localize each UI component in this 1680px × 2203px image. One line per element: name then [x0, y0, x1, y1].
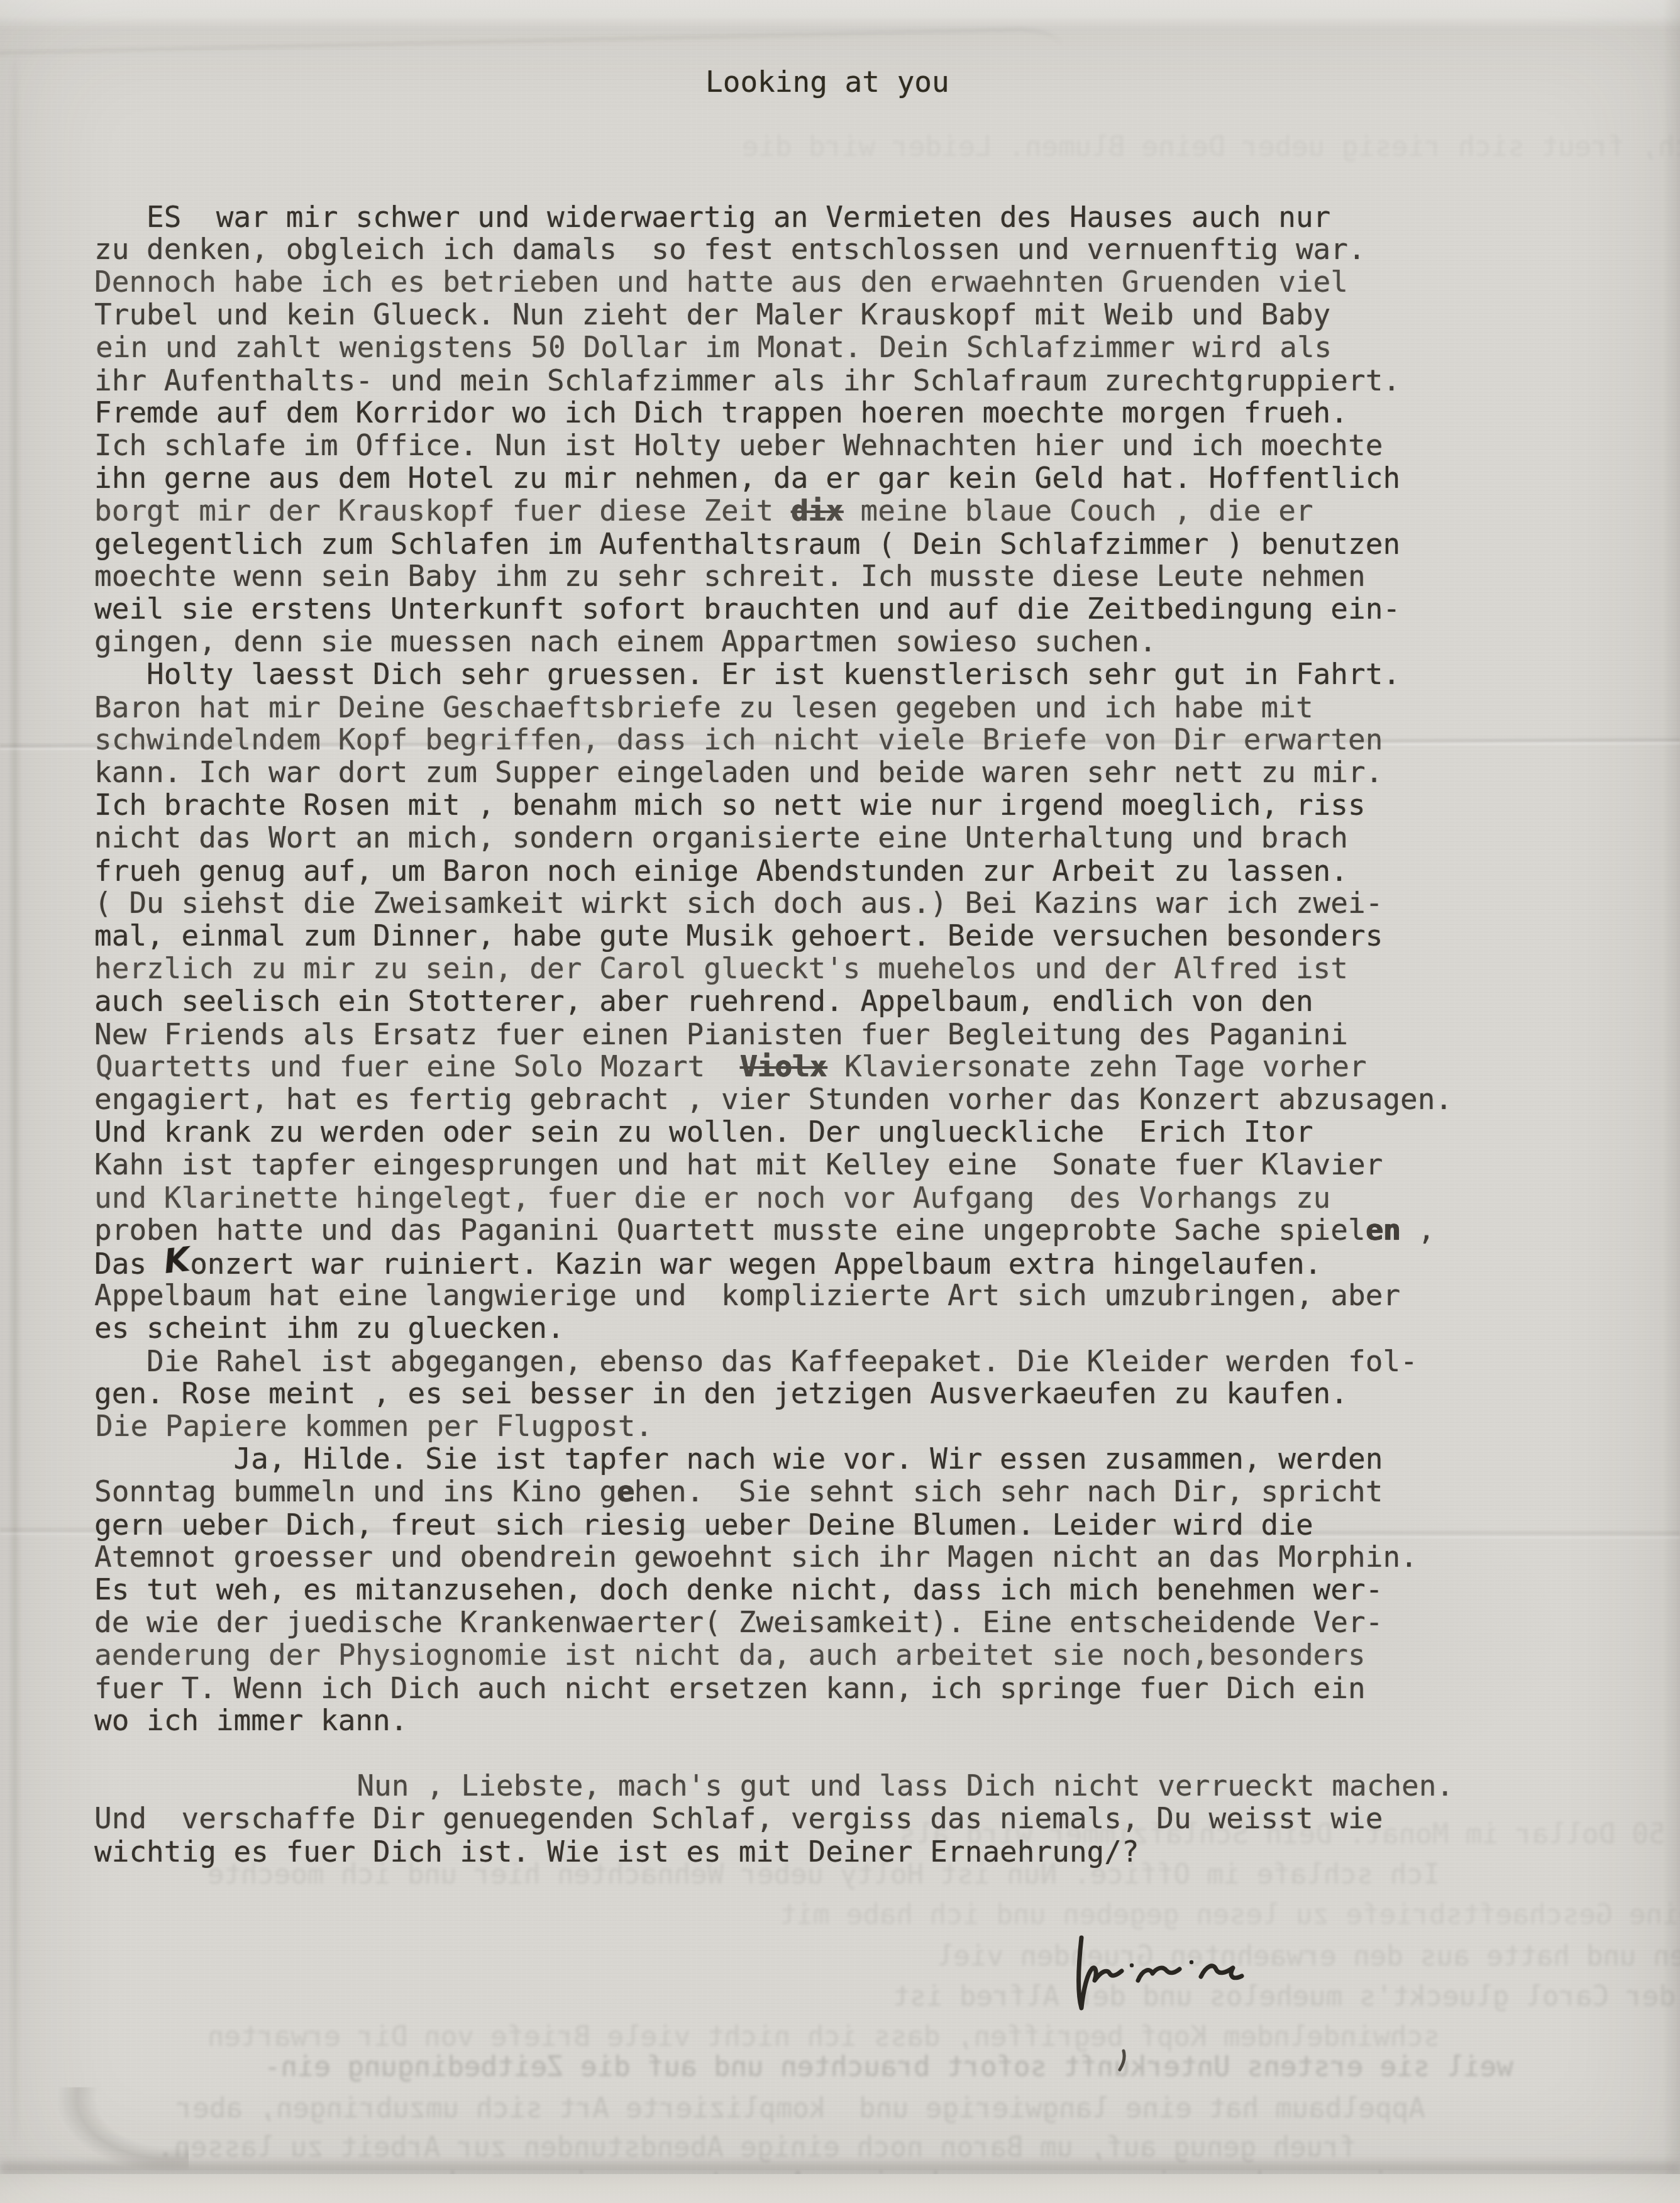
letter-line: fuer T. Wenn ich Dich auch nicht ersetze… [94, 1672, 1616, 1704]
paper-corner-bottom-left [0, 2087, 189, 2200]
closing-line: Looking at you [0, 65, 1680, 98]
bleed-through-text: Baron hat mir Deine Geschaeftsbriefe zu … [780, 1899, 1680, 1931]
letter-line: moechte wenn sein Baby ihm zu sehr schre… [94, 560, 1616, 592]
letter-line: gelegentlich zum Schlafen im Aufenthalts… [94, 527, 1616, 560]
bleed-through-text: weil sie erstens Unterkunft sofort brauc… [264, 2051, 1513, 2083]
letter-line: Sonntag bummeln und ins Kino gehen. Sie … [94, 1475, 1616, 1508]
letter-line: gen. Rose meint , es sei besser in den j… [94, 1377, 1616, 1410]
overstrike-segment: e [617, 1474, 634, 1508]
letter-line: auch seelisch ein Stotterer, aber ruehre… [94, 985, 1616, 1017]
signature-icon [1063, 1930, 1257, 2031]
letter-scan: gern ueber Dich, freut sich riesig ueber… [0, 0, 1680, 2203]
signature-scrawl [1063, 1930, 1257, 2033]
letter-line: Baron hat mir Deine Geschaeftsbriefe zu … [94, 691, 1616, 724]
bleed-through-text: frueh genug auf, um Baron noch einige Ab… [157, 2131, 1356, 2163]
letter-line: Die Rahel ist abgegangen, ebenso das Kaf… [94, 1345, 1616, 1378]
letter-line: engagiert, hat es fertig gebracht , vier… [94, 1083, 1616, 1115]
letter-line: Nun , Liebste, mach's gut und lass Dich … [96, 1769, 1617, 1802]
paper-edge-top [0, 0, 1680, 29]
paper-edge-right [1662, 0, 1680, 2203]
letter-line: Ich brachte Rosen mit , benahm mich so n… [94, 788, 1616, 821]
letter-body: ES war mir schwer und widerwaertig an Ve… [94, 200, 1616, 1867]
paper-edge-left [13, 57, 17, 2144]
letter-line: ihn gerne aus dem Hotel zu mir nehmen, d… [94, 461, 1616, 494]
letter-line: Die Papiere kommen per Flugpost. [96, 1410, 1617, 1442]
letter-line: nicht das Wort an mich, sondern organisi… [94, 821, 1616, 854]
bleed-through-text: Dennoch habe ich es betrieben und hatte … [937, 1940, 1680, 1972]
letter-line: Ja, Hilde. Sie ist tapfer nach wie vor. … [94, 1442, 1616, 1475]
pen-mark [1115, 2048, 1130, 2076]
letter-line: Atemnot groesser und obendrein gewoehnt … [94, 1540, 1616, 1573]
letter-line: herzlich zu mir zu sein, der Carol gluec… [94, 952, 1616, 985]
letter-line: schwindelndem Kopf begriffen, dass ich n… [94, 723, 1616, 756]
bleed-through-text: herzlich zu mir zu sein, der Carol gluec… [893, 1980, 1680, 2013]
letter-line: wo ich immer kann. [94, 1704, 1616, 1736]
letter-line: zu denken, obgleich ich damals so fest e… [94, 233, 1616, 265]
letter-line: Und verschaffe Dir genuegenden Schlaf, v… [94, 1802, 1616, 1835]
letter-line: ES war mir schwer und widerwaertig an Ve… [94, 201, 1616, 233]
letter-line: es scheint ihm zu gluecken. [94, 1311, 1616, 1344]
letter-line: proben hatte und das Paganini Quartett m… [94, 1213, 1616, 1246]
bleed-through-text: Appelbaum hat eine langwierige und kompl… [176, 2092, 1425, 2124]
letter-line: Appelbaum hat eine langwierige und kompl… [94, 1279, 1616, 1311]
letter-line: aenderung der Physiognomie ist nicht da,… [94, 1638, 1616, 1671]
overstrike-segment: en [1366, 1213, 1400, 1247]
letter-line: ein und zahlt wenigstens 50 Dollar im Mo… [96, 331, 1617, 363]
letter-line: Das Konzert war ruiniert. Kazin war wege… [94, 1246, 1616, 1279]
letter-line: borgt mir der Krauskopf fuer diese Zeit … [94, 494, 1616, 527]
overstrike-segment: Violx [740, 1049, 827, 1083]
paper-edge-bottom [0, 2174, 1680, 2203]
letter-line: mal, einmal zum Dinner, habe gute Musik … [94, 919, 1616, 952]
letter-line [94, 1736, 1616, 1769]
letter-line: wichtig es fuer Dich ist. Wie ist es mit… [94, 1835, 1616, 1868]
letter-line: Trubel und kein Glueck. Nun zieht der Ma… [94, 298, 1616, 331]
letter-line: gingen, denn sie muessen nach einem Appa… [94, 625, 1616, 658]
letter-line: New Friends als Ersatz fuer einen Pianis… [94, 1018, 1616, 1051]
letter-line: ( Du siehst die Zweisamkeit wirkt sich d… [94, 886, 1616, 919]
letter-line: Dennoch habe ich es betrieben und hatte … [94, 265, 1616, 298]
overstrike-segment: dix [791, 494, 843, 527]
letter-line: Ich schlafe im Office. Nun ist Holty ueb… [94, 429, 1616, 461]
letter-line: Und krank zu werden oder sein zu wollen.… [94, 1115, 1616, 1148]
letter-line: frueh genug auf, um Baron noch einige Ab… [94, 854, 1616, 887]
letter-line: ihr Aufenthalts- und mein Schlafzimmer a… [94, 364, 1616, 397]
letter-line: Quartetts und fuer eine Solo Mozart Viol… [96, 1050, 1617, 1083]
letter-line: weil sie erstens Unterkunft sofort brauc… [94, 592, 1616, 625]
letter-line: Kahn ist tapfer eingesprungen und hat mi… [94, 1148, 1616, 1181]
letter-line: de wie der juedische Krankenwaerter( Zwe… [94, 1606, 1616, 1638]
letter-line: und Klarinette hingelegt, fuer die er no… [94, 1181, 1616, 1214]
letter-line: Es tut weh, es mitanzusehen, doch denke … [94, 1573, 1616, 1606]
overstrike-segment: K [162, 1243, 192, 1278]
letter-line: gern ueber Dich, freut sich riesig ueber… [94, 1508, 1616, 1541]
letter-line: Fremde auf dem Korridor wo ich Dich trap… [94, 396, 1616, 429]
letter-line: kann. Ich war dort zum Supper eingeladen… [94, 756, 1616, 788]
letter-line: Holty laesst Dich sehr gruessen. Er ist … [94, 658, 1616, 690]
paper-edge-bottom-shadow [0, 2163, 1680, 2174]
